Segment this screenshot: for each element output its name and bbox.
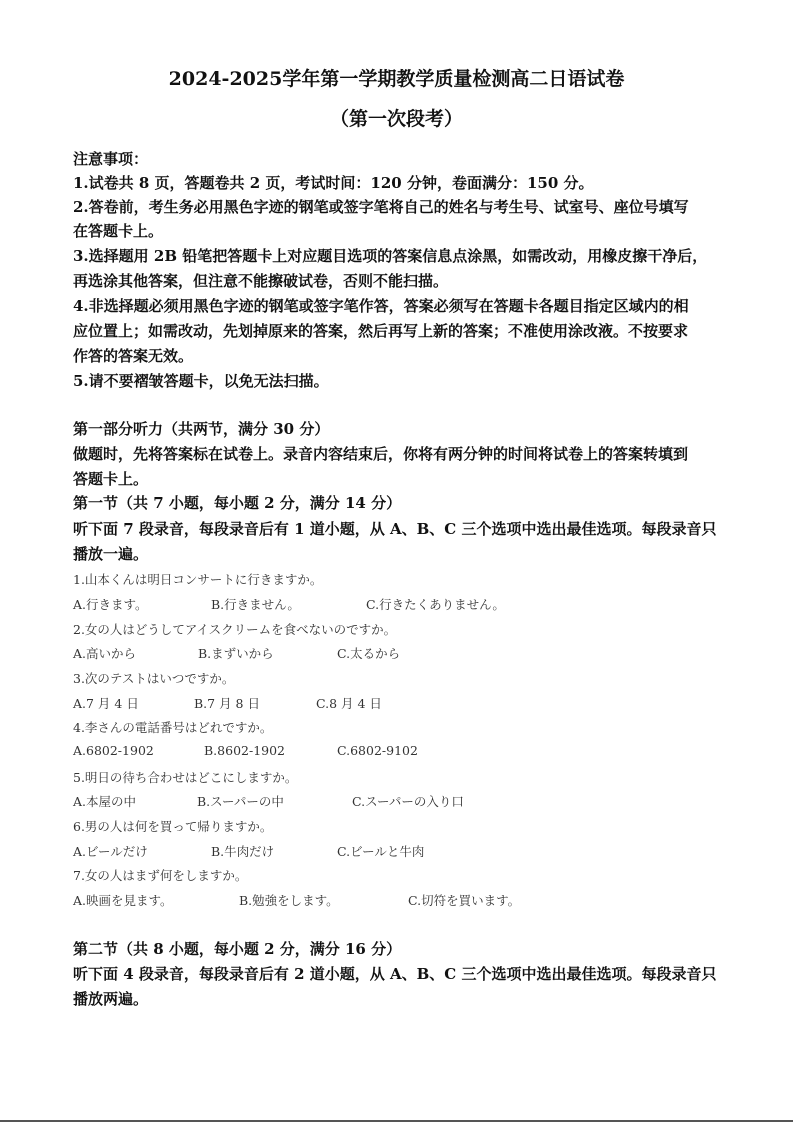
section1-heading: 第一节（共 7 小题，每小题 2 分，满分 14 分） bbox=[73, 492, 401, 513]
q3-option-b: B.7 月 8 日 bbox=[194, 694, 260, 712]
part1-instruction: 做题时，先将答案标在试卷上。录音内容结束后，你将有两分钟的时间将试卷上的答案转填… bbox=[73, 443, 688, 464]
page-title: 2024-2025学年第一学期教学质量检测高二日语试卷 bbox=[0, 64, 793, 91]
q1-option-a: A.行きます。 bbox=[73, 595, 148, 613]
notice-line: 2.答卷前，考生务必用黑色字迹的钢笔或签字笔将自己的姓名与考生号、试室号、座位号… bbox=[73, 196, 689, 217]
q1-option-b: B.行きません。 bbox=[211, 595, 300, 613]
q1-option-c: C.行きたくありません。 bbox=[366, 595, 505, 613]
notice-line: 3.选择题用 2B 铅笔把答题卡上对应题目选项的答案信息点涂黑，如需改动，用橡皮… bbox=[73, 245, 707, 266]
notice-line: 再选涂其他答案，但注意不能擦破试卷，否则不能扫描。 bbox=[73, 270, 448, 291]
question-3: 3.次のテストはいつですか。 bbox=[73, 669, 234, 687]
q2-option-a: A.高いから bbox=[73, 644, 136, 662]
notice-line: 在答题卡上。 bbox=[73, 220, 163, 241]
q6-option-b: B.牛肉だけ bbox=[211, 842, 274, 860]
q4-option-c: C.6802-9102 bbox=[337, 743, 418, 758]
q3-option-a: A.7 月 4 日 bbox=[73, 694, 139, 712]
notice-line: 1.试卷共 8 页，答题卷共 2 页，考试时间：120 分钟，卷面满分：150 … bbox=[73, 172, 594, 193]
question-7: 7.女の人はまず何をしますか。 bbox=[73, 866, 247, 884]
question-1: 1.山本くんは明日コンサートに行きますか。 bbox=[73, 570, 322, 588]
question-4: 4.李さんの電話番号はどれですか。 bbox=[73, 718, 272, 736]
part1-instruction: 答题卡上。 bbox=[73, 468, 148, 489]
question-5: 5.明日の待ち合わせはどこにしますか。 bbox=[73, 768, 297, 786]
notice-line: 作答的答案无效。 bbox=[73, 345, 193, 366]
q2-option-c: C.太るから bbox=[337, 644, 400, 662]
notice-heading: 注意事项： bbox=[73, 148, 148, 169]
question-2: 2.女の人はどうしてアイスクリームを食べないのですか。 bbox=[73, 620, 396, 638]
section1-instruction: 播放一遍。 bbox=[73, 543, 148, 564]
q2-option-b: B.まずいから bbox=[198, 644, 274, 662]
q5-option-a: A.本屋の中 bbox=[73, 792, 136, 810]
q7-option-b: B.勉強をします。 bbox=[239, 891, 339, 909]
q7-option-a: A.映画を見ます。 bbox=[73, 891, 173, 909]
q4-option-b: B.8602-1902 bbox=[204, 743, 285, 758]
section2-instruction: 播放两遍。 bbox=[73, 988, 148, 1009]
question-6: 6.男の人は何を買って帰りますか。 bbox=[73, 817, 272, 835]
q6-option-c: C.ビールと牛肉 bbox=[337, 842, 424, 860]
page-subtitle: （第一次段考） bbox=[0, 104, 793, 131]
notice-line: 4.非选择题必须用黑色字迹的钢笔或签字笔作答，答案必须写在答题卡各题目指定区域内… bbox=[73, 295, 689, 316]
notice-line: 5.请不要褶皱答题卡，以免无法扫描。 bbox=[73, 370, 329, 391]
q4-option-a: A.6802-1902 bbox=[73, 743, 154, 758]
section2-instruction: 听下面 4 段录音，每段录音后有 2 道小题，从 A、B、C 三个选项中选出最佳… bbox=[73, 963, 716, 984]
section2-heading: 第二节（共 8 小题，每小题 2 分，满分 16 分） bbox=[73, 938, 401, 959]
q6-option-a: A.ビールだけ bbox=[73, 842, 148, 860]
part1-heading: 第一部分听力（共两节，满分 30 分） bbox=[73, 418, 329, 439]
q7-option-c: C.切符を買います。 bbox=[408, 891, 520, 909]
q5-option-b: B.スーパーの中 bbox=[197, 792, 284, 810]
exam-page: 2024-2025学年第一学期教学质量检测高二日语试卷 （第一次段考） 注意事项… bbox=[0, 0, 793, 1122]
section1-instruction: 听下面 7 段录音，每段录音后有 1 道小题，从 A、B、C 三个选项中选出最佳… bbox=[73, 518, 716, 539]
notice-line: 应位置上；如需改动，先划掉原来的答案，然后再写上新的答案；不准使用涂改液。不按要… bbox=[73, 320, 688, 341]
q5-option-c: C.スーパーの入り口 bbox=[352, 792, 464, 810]
q3-option-c: C.8 月 4 日 bbox=[316, 694, 382, 712]
